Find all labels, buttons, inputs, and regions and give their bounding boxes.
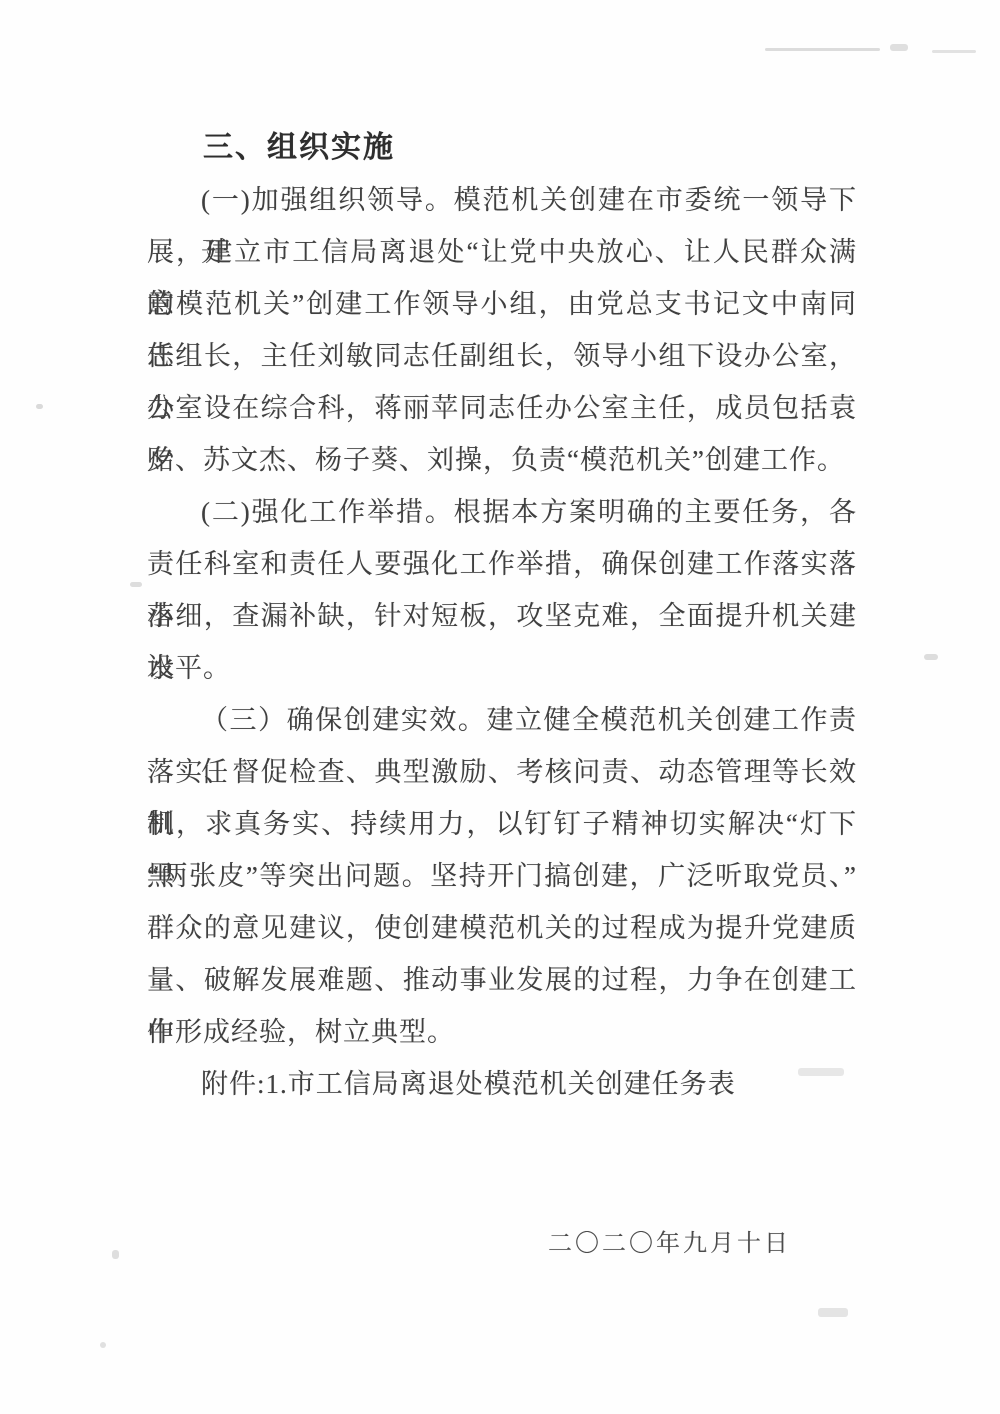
text-line: 的模范机关”创建工作领导小组，由党总支书记文中南同志 (147, 278, 857, 330)
document-date: 二〇二〇年九月十日 (147, 1224, 857, 1264)
text-line: 制，求真务实、持续用力，以钉钉子精神切实解决“灯下黑” (147, 798, 857, 850)
text-line: (二)强化工作举措。根据本方案明确的主要任务，各 (147, 486, 857, 538)
scan-artifact (798, 1068, 844, 1076)
scan-artifact (112, 1250, 119, 1259)
text-line: 责任科室和责任人要强化工作举措，确保创建工作落实落小 (147, 538, 857, 590)
scan-artifact (36, 404, 43, 409)
text-line: 水平。 (147, 642, 857, 694)
scan-artifact (924, 654, 938, 660)
text-line: 任组长，主任刘敏同志任副组长，领导小组下设办公室，办 (147, 330, 857, 382)
text-line: 中形成经验，树立典型。 (147, 1006, 857, 1058)
scan-artifact (765, 48, 880, 51)
text-line: (一)加强组织领导。模范机关创建在市委统一领导下开 (147, 174, 857, 226)
section-heading: 三、组织实施 (147, 122, 857, 174)
scan-artifact (130, 582, 142, 587)
scan-artifact (100, 1342, 106, 1348)
scan-artifact (890, 44, 908, 51)
scan-artifact (818, 1308, 848, 1317)
text-line: 公室设在综合科，蒋丽苹同志任办公室主任，成员包括袁夕 (147, 382, 857, 434)
text-line: 展，建立市工信局离退处“让党中央放心、让人民群众满意 (147, 226, 857, 278)
text-line: “两张皮”等突出问题。坚持开门搞创建，广泛听取党员、 (147, 850, 857, 902)
text-line: 附件:1.市工信局离退处模范机关创建任务表 (147, 1058, 857, 1110)
text-line: 贻、苏文杰、杨子葵、刘操，负责“模范机关”创建工作。 (147, 434, 857, 486)
text-line: 量、破解发展难题、推动事业发展的过程，力争在创建工作 (147, 954, 857, 1006)
text-line: 群众的意见建议，使创建模范机关的过程成为提升党建质 (147, 902, 857, 954)
text-line: 落细，查漏补缺，针对短板，攻坚克难，全面提升机关建设 (147, 590, 857, 642)
document-body: 三、组织实施 (一)加强组织领导。模范机关创建在市委统一领导下开展，建立市工信局… (147, 122, 857, 1110)
scan-artifact (932, 50, 976, 53)
text-line: （三）确保创建实效。建立健全模范机关创建工作责任 (147, 694, 857, 746)
document-page: 三、组织实施 (一)加强组织领导。模范机关创建在市委统一领导下开展，建立市工信局… (0, 0, 1000, 1414)
text-line: 落实、督促检查、典型激励、考核问责、动态管理等长效机 (147, 746, 857, 798)
